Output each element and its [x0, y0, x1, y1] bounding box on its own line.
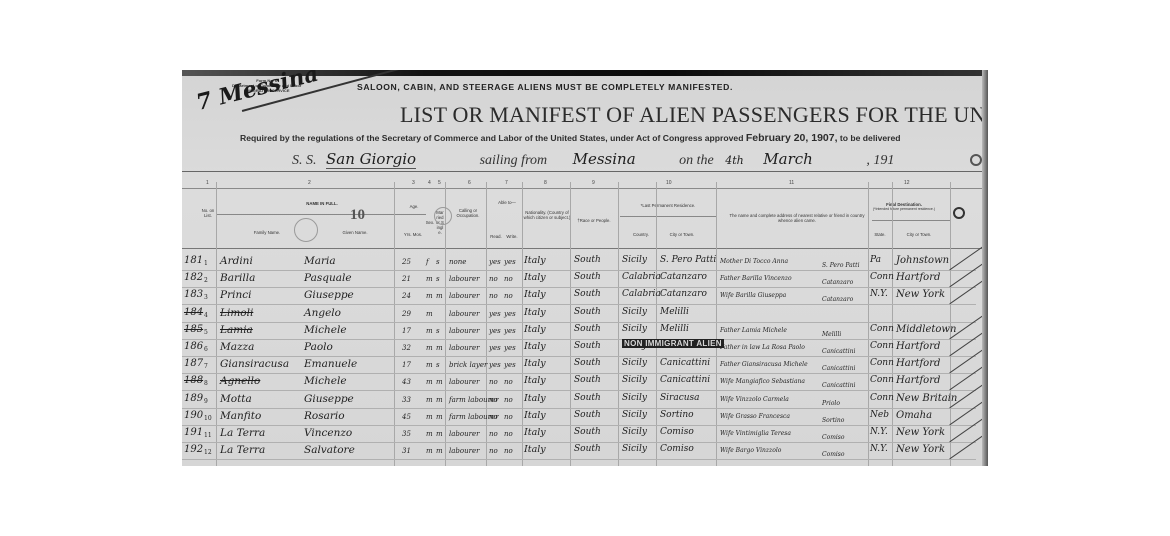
header-age: Age. [404, 204, 424, 209]
residence-city: Comiso [660, 444, 694, 454]
family-name: Limoli [220, 307, 253, 319]
manifest-banner: SALOON, CABIN, AND STEERAGE ALIENS MUST … [357, 82, 733, 92]
list-number: 7 [204, 363, 208, 370]
given-name: Maria [304, 255, 336, 267]
occupation: labourer [449, 378, 479, 386]
destination-city: Hartford [896, 341, 940, 352]
occupation: labourer [449, 275, 479, 283]
list-number: 1 [204, 260, 208, 267]
ship-name: San Giorgio [326, 150, 416, 169]
ledger-number: 191 [184, 427, 203, 438]
header-calling: Calling or Occupation. [450, 208, 486, 218]
destination-state: Conn [870, 341, 894, 351]
occupation: labourer [449, 344, 479, 352]
residence-country: Sicily [622, 410, 647, 420]
ledger-number: 187 [184, 358, 203, 369]
can-read: no [489, 275, 498, 283]
col-number: 8 [544, 180, 547, 186]
col-number: 5 [438, 180, 441, 186]
age: 32 [402, 344, 411, 352]
can-write: no [504, 413, 513, 421]
residence-country: Sicily [622, 427, 647, 437]
age: 17 [402, 361, 411, 369]
age: 29 [402, 310, 411, 318]
list-number: 2 [204, 277, 208, 284]
manifest-scan: Form No. 6 Department of Commerce and La… [182, 70, 988, 466]
destination-state: Conn [870, 358, 894, 368]
nationality: Italy [524, 358, 546, 369]
age: 21 [402, 275, 411, 283]
marital-status: s [436, 275, 440, 283]
given-name: Michele [304, 375, 347, 387]
family-name: Manfito [220, 410, 261, 422]
residence-country: Sicily [622, 358, 647, 368]
nearest-relative: Wife Mangiafico Sebastiana [720, 378, 805, 385]
nearest-relative: Mother Di Tocco Anna [720, 258, 788, 265]
can-write: yes [504, 310, 516, 318]
list-number: 11 [204, 432, 212, 439]
destination-city: New York [896, 289, 945, 300]
header-race: †Race or People. [572, 218, 616, 223]
destination-state: Neb [870, 410, 889, 420]
can-write: no [504, 447, 513, 455]
list-number: 3 [204, 294, 208, 301]
sex: m [426, 413, 433, 421]
nearest-relative: Father Lamia Michele [720, 327, 787, 334]
passenger-row: 192 12 La Terra Salvatore 31 m m laboure… [182, 443, 982, 460]
marital-status: m [436, 413, 443, 421]
destination-state: N.Y. [870, 427, 888, 437]
relative-place: Catanzaro [822, 279, 853, 286]
race: South [574, 289, 601, 299]
family-name: Lamia [220, 324, 253, 336]
nationality: Italy [524, 341, 546, 352]
destination-city: Johnstown [896, 255, 949, 266]
relative-place: Canicattini [822, 348, 855, 355]
sex: m [426, 275, 433, 283]
occupation: none [449, 258, 466, 266]
family-name: Ardini [220, 255, 253, 267]
relative-place: Comiso [822, 434, 845, 441]
destination-state: Conn [870, 324, 894, 334]
col-number: 2 [308, 180, 311, 186]
header-yrs-mos: Yrs. Mos. [396, 232, 430, 237]
ink-circle [434, 207, 452, 225]
family-name: La Terra [220, 427, 265, 439]
nationality: Italy [524, 375, 546, 386]
nearest-relative: Wife Vinzzolo Carmela [720, 396, 789, 403]
marital-status: s [436, 327, 440, 335]
header-dest-city: City or Town. [894, 232, 944, 237]
residence-city: Catanzaro [660, 272, 707, 282]
header-rule [182, 171, 982, 172]
ledger-number: 188 [184, 375, 203, 386]
relative-place: Priolo [822, 400, 840, 407]
subtitle-text: Required by the regulations of the Secre… [240, 133, 743, 143]
destination-state: Conn [870, 393, 894, 403]
residence-country: Sicily [622, 255, 647, 265]
nearest-relative: Father Barilla Vincenzo [720, 275, 792, 282]
destination-city: Hartford [896, 272, 940, 283]
ship-prefix: S. S. [292, 153, 317, 168]
header-read: Read. [488, 234, 504, 239]
manifest-title: LIST OR MANIFEST OF ALIEN PASSENGERS FOR… [400, 102, 988, 128]
header-state: State. [870, 232, 890, 237]
sex: m [426, 344, 433, 352]
list-number: 10 [204, 415, 212, 422]
col-number: 12 [904, 180, 910, 186]
nearest-relative: Wife Barilla Giuseppa [720, 292, 786, 299]
can-read: yes [489, 327, 501, 335]
age: 45 [402, 413, 411, 421]
header-city: City or Town. [662, 232, 702, 237]
colnum-rule [182, 188, 982, 189]
destination-state: Conn [870, 375, 894, 385]
non-immigrant-stamp: NON IMMIGRANT ALIEN [622, 339, 724, 348]
race: South [574, 375, 601, 385]
residence-country: Sicily [622, 375, 647, 385]
header-sex: Sex. [424, 220, 436, 225]
marital-status: s [436, 361, 440, 369]
can-write: yes [504, 327, 516, 335]
sex: m [426, 327, 433, 335]
age: 43 [402, 378, 411, 386]
marital-status: m [436, 344, 443, 352]
passenger-row: 186 6 Mazza Paolo 32 m m labourer yes ye… [182, 340, 982, 357]
manifest-subtitle: Required by the regulations of the Secre… [240, 132, 901, 144]
col-number: 9 [592, 180, 595, 186]
ink-circle [294, 218, 318, 242]
race: South [574, 307, 601, 317]
family-name: Princi [220, 289, 251, 301]
nationality: Italy [524, 255, 546, 266]
can-read: no [489, 430, 498, 438]
act-date: February 20, 1907, [746, 132, 838, 144]
header-family-name: Family Name. [242, 230, 292, 235]
nationality: Italy [524, 410, 546, 421]
age: 24 [402, 292, 411, 300]
passenger-row: 191 11 La Terra Vincenzo 35 m m labourer… [182, 426, 982, 443]
residence-country: Sicily [622, 307, 647, 317]
occupation: labourer [449, 310, 479, 318]
ledger-number: 192 [184, 444, 203, 455]
can-read: no [489, 413, 498, 421]
sex: m [426, 447, 433, 455]
relative-place: Canicattini [822, 382, 855, 389]
passenger-row: 187 7 Giansiracusa Emanuele 17 m s brick… [182, 357, 982, 374]
nationality: Italy [524, 307, 546, 318]
relative-place: Catanzaro [822, 296, 853, 303]
header-no-on-list: No. on List. [198, 208, 218, 218]
relative-place: Melilli [822, 331, 841, 338]
destination-rule [872, 220, 950, 221]
can-read: yes [489, 258, 501, 266]
destination-state: Pa [870, 255, 881, 265]
departure-month: March [763, 150, 813, 168]
occupation: brick layer [449, 361, 487, 369]
age: 35 [402, 430, 411, 438]
list-number: 6 [204, 346, 208, 353]
race: South [574, 341, 601, 351]
marital-status: s [436, 258, 440, 266]
col-number: 6 [468, 180, 471, 186]
header-name-in-full: NAME IN FULL. [282, 201, 362, 206]
column-header-rule [182, 248, 982, 249]
destination-state: N.Y. [870, 444, 888, 454]
occupation: labourer [449, 292, 479, 300]
destination-state: Conn [870, 272, 894, 282]
race: South [574, 393, 601, 403]
relative-place: Comiso [822, 451, 845, 458]
ledger-number: 189 [184, 393, 203, 404]
passenger-row: 190 10 Manfito Rosario 45 m m farm labou… [182, 409, 982, 426]
nearest-relative: Wife Bargo Vinzzolo [720, 447, 781, 454]
passenger-row: 189 9 Motta Giuseppe 33 m m farm laboure… [182, 392, 982, 409]
residence-city: Canicattini [660, 358, 710, 368]
occupation: labourer [449, 327, 479, 335]
race: South [574, 272, 601, 282]
sex: m [426, 396, 433, 404]
col-number: 10 [666, 180, 672, 186]
sailing-from-label: sailing from [480, 153, 548, 168]
sex: f [426, 258, 429, 266]
header-given-name: Given Name. [330, 230, 380, 235]
residence-city: Canicattini [660, 375, 710, 385]
ledger-number: 184 [184, 307, 203, 318]
destination-city: New Britain [896, 393, 957, 404]
age: 17 [402, 327, 411, 335]
destination-city: Hartford [896, 375, 940, 386]
nationality: Italy [524, 324, 546, 335]
col-number: 3 [412, 180, 415, 186]
given-name: Giuseppe [304, 289, 354, 301]
given-name: Michele [304, 324, 347, 336]
destination-city: New York [896, 444, 945, 455]
col-number: 7 [505, 180, 508, 186]
can-read: no [489, 292, 498, 300]
nationality: Italy [524, 272, 546, 283]
can-write: no [504, 378, 513, 386]
row-rule [182, 459, 976, 460]
col-number: 1 [206, 180, 209, 186]
occupation: labourer [449, 447, 479, 455]
punch-hole [953, 207, 965, 219]
nearest-relative: Wife Grasso Francesca [720, 413, 790, 420]
family-name: Agnello [220, 375, 260, 387]
given-name: Giuseppe [304, 393, 354, 405]
destination-city: Omaha [896, 410, 932, 421]
given-name: Paolo [304, 341, 333, 353]
on-the-label: on the [679, 153, 714, 168]
marital-status: m [436, 378, 443, 386]
can-write: yes [504, 361, 516, 369]
given-name: Angelo [304, 307, 341, 319]
departure-port: Messina [573, 150, 636, 168]
list-number: 12 [204, 449, 212, 456]
can-write: yes [504, 258, 516, 266]
nationality: Italy [524, 393, 546, 404]
header-last-residence: *Last Permanent Residence. [626, 203, 710, 208]
residence-city: Sortino [660, 410, 694, 420]
residence-city: Siracusa [660, 393, 700, 403]
nationality: Italy [524, 444, 546, 455]
can-read: no [489, 447, 498, 455]
residence-rule [620, 216, 716, 217]
header-relative: The name and complete address of nearest… [722, 213, 872, 223]
residence-country: Sicily [622, 393, 647, 403]
can-read: yes [489, 361, 501, 369]
destination-city: Middletown [896, 324, 956, 335]
race: South [574, 255, 601, 265]
residence-country: Calabria [622, 289, 661, 299]
passenger-row: 184 4 Limoli Angelo 29 m labourer yes ye… [182, 306, 982, 323]
punch-hole [970, 154, 982, 166]
nationality: Italy [524, 289, 546, 300]
col-number: 11 [789, 180, 794, 186]
sex: m [426, 378, 433, 386]
given-name: Pasquale [304, 272, 352, 284]
can-write: no [504, 430, 513, 438]
family-name: Barilla [220, 272, 255, 284]
given-name: Emanuele [304, 358, 357, 370]
race: South [574, 427, 601, 437]
passenger-row: 183 3 Princi Giuseppe 24 m m labourer no… [182, 288, 982, 305]
residence-city: Melilli [660, 307, 689, 317]
relative-place: Sortino [822, 417, 844, 424]
departure-year: , 191 [866, 153, 894, 168]
nearest-relative: Wife Vintimiglia Teresa [720, 430, 791, 437]
can-write: no [504, 275, 513, 283]
header-nationality: Nationality. (Country of which citizen o… [522, 210, 572, 220]
ledger-number: 190 [184, 410, 203, 421]
age: 31 [402, 447, 411, 455]
residence-country: Sicily [622, 324, 647, 334]
passenger-row: 182 2 Barilla Pasquale 21 m s labourer n… [182, 271, 982, 288]
destination-city: New York [896, 427, 945, 438]
list-number: 4 [204, 312, 208, 319]
sex: m [426, 292, 433, 300]
header-destination-note: (*Intended future permanent residence.) [872, 207, 936, 212]
ledger-number: 181 [184, 255, 203, 266]
can-read: yes [489, 344, 501, 352]
ledger-number: 185 [184, 324, 203, 335]
list-number: 9 [204, 398, 208, 405]
col-number: 4 [428, 180, 431, 186]
residence-country: Sicily [622, 444, 647, 454]
destination-city: Hartford [896, 358, 940, 369]
residence-city: S. Pero Patti [660, 255, 716, 265]
can-read: no [489, 378, 498, 386]
ship-line: S. S. San Giorgio sailing from Messina o… [292, 150, 894, 169]
header-country: Country. [626, 232, 656, 237]
list-number: 5 [204, 329, 208, 336]
nearest-relative: Father in law La Rosa Paolo [720, 344, 805, 351]
list-number: 8 [204, 380, 208, 387]
residence-city: Melilli [660, 324, 689, 334]
family-name: Mazza [220, 341, 254, 353]
residence-city: Catanzaro [660, 289, 707, 299]
marital-status: m [436, 447, 443, 455]
sex: m [426, 430, 433, 438]
marital-status: m [436, 430, 443, 438]
can-write: no [504, 292, 513, 300]
can-read: yes [489, 310, 501, 318]
ledger-number: 183 [184, 289, 203, 300]
family-name: La Terra [220, 444, 265, 456]
given-name: Vincenzo [304, 427, 352, 439]
relative-place: S. Pero Patti [822, 262, 860, 269]
race: South [574, 358, 601, 368]
given-name: Salvatore [304, 444, 355, 456]
passenger-row: 181 1 Ardini Maria 25 f s none yes yes I… [182, 254, 982, 271]
marital-status: m [436, 396, 443, 404]
age: 25 [402, 258, 411, 266]
can-write: yes [504, 344, 516, 352]
nationality: Italy [524, 427, 546, 438]
sheet-number: 10 [350, 207, 365, 224]
can-write: no [504, 396, 513, 404]
ledger-number: 186 [184, 341, 203, 352]
race: South [574, 324, 601, 334]
relative-place: Canicattini [822, 365, 855, 372]
residence-country: Calabria [622, 272, 661, 282]
residence-city: Comiso [660, 427, 694, 437]
occupation: labourer [449, 430, 479, 438]
can-read: no [489, 396, 498, 404]
header-write: Write. [504, 234, 520, 239]
subtitle-end: to be delivered [840, 133, 901, 143]
passenger-row: 188 8 Agnello Michele 43 m m labourer no… [182, 374, 982, 391]
sex: m [426, 361, 433, 369]
marital-status: m [436, 292, 443, 300]
ledger-number: 182 [184, 272, 203, 283]
nearest-relative: Father Giansiracusa Michele [720, 361, 808, 368]
sex: m [426, 310, 433, 318]
given-name: Rosario [304, 410, 345, 422]
race: South [574, 444, 601, 454]
destination-state: N.Y. [870, 289, 888, 299]
race: South [574, 410, 601, 420]
family-name: Motta [220, 393, 252, 405]
passenger-row: 185 5 Lamia Michele 17 m s labourer yes … [182, 323, 982, 340]
departure-day: 4th [725, 154, 744, 167]
header-able-to: Able to— [492, 200, 522, 205]
family-name: Giansiracusa [220, 358, 289, 370]
age: 33 [402, 396, 411, 404]
